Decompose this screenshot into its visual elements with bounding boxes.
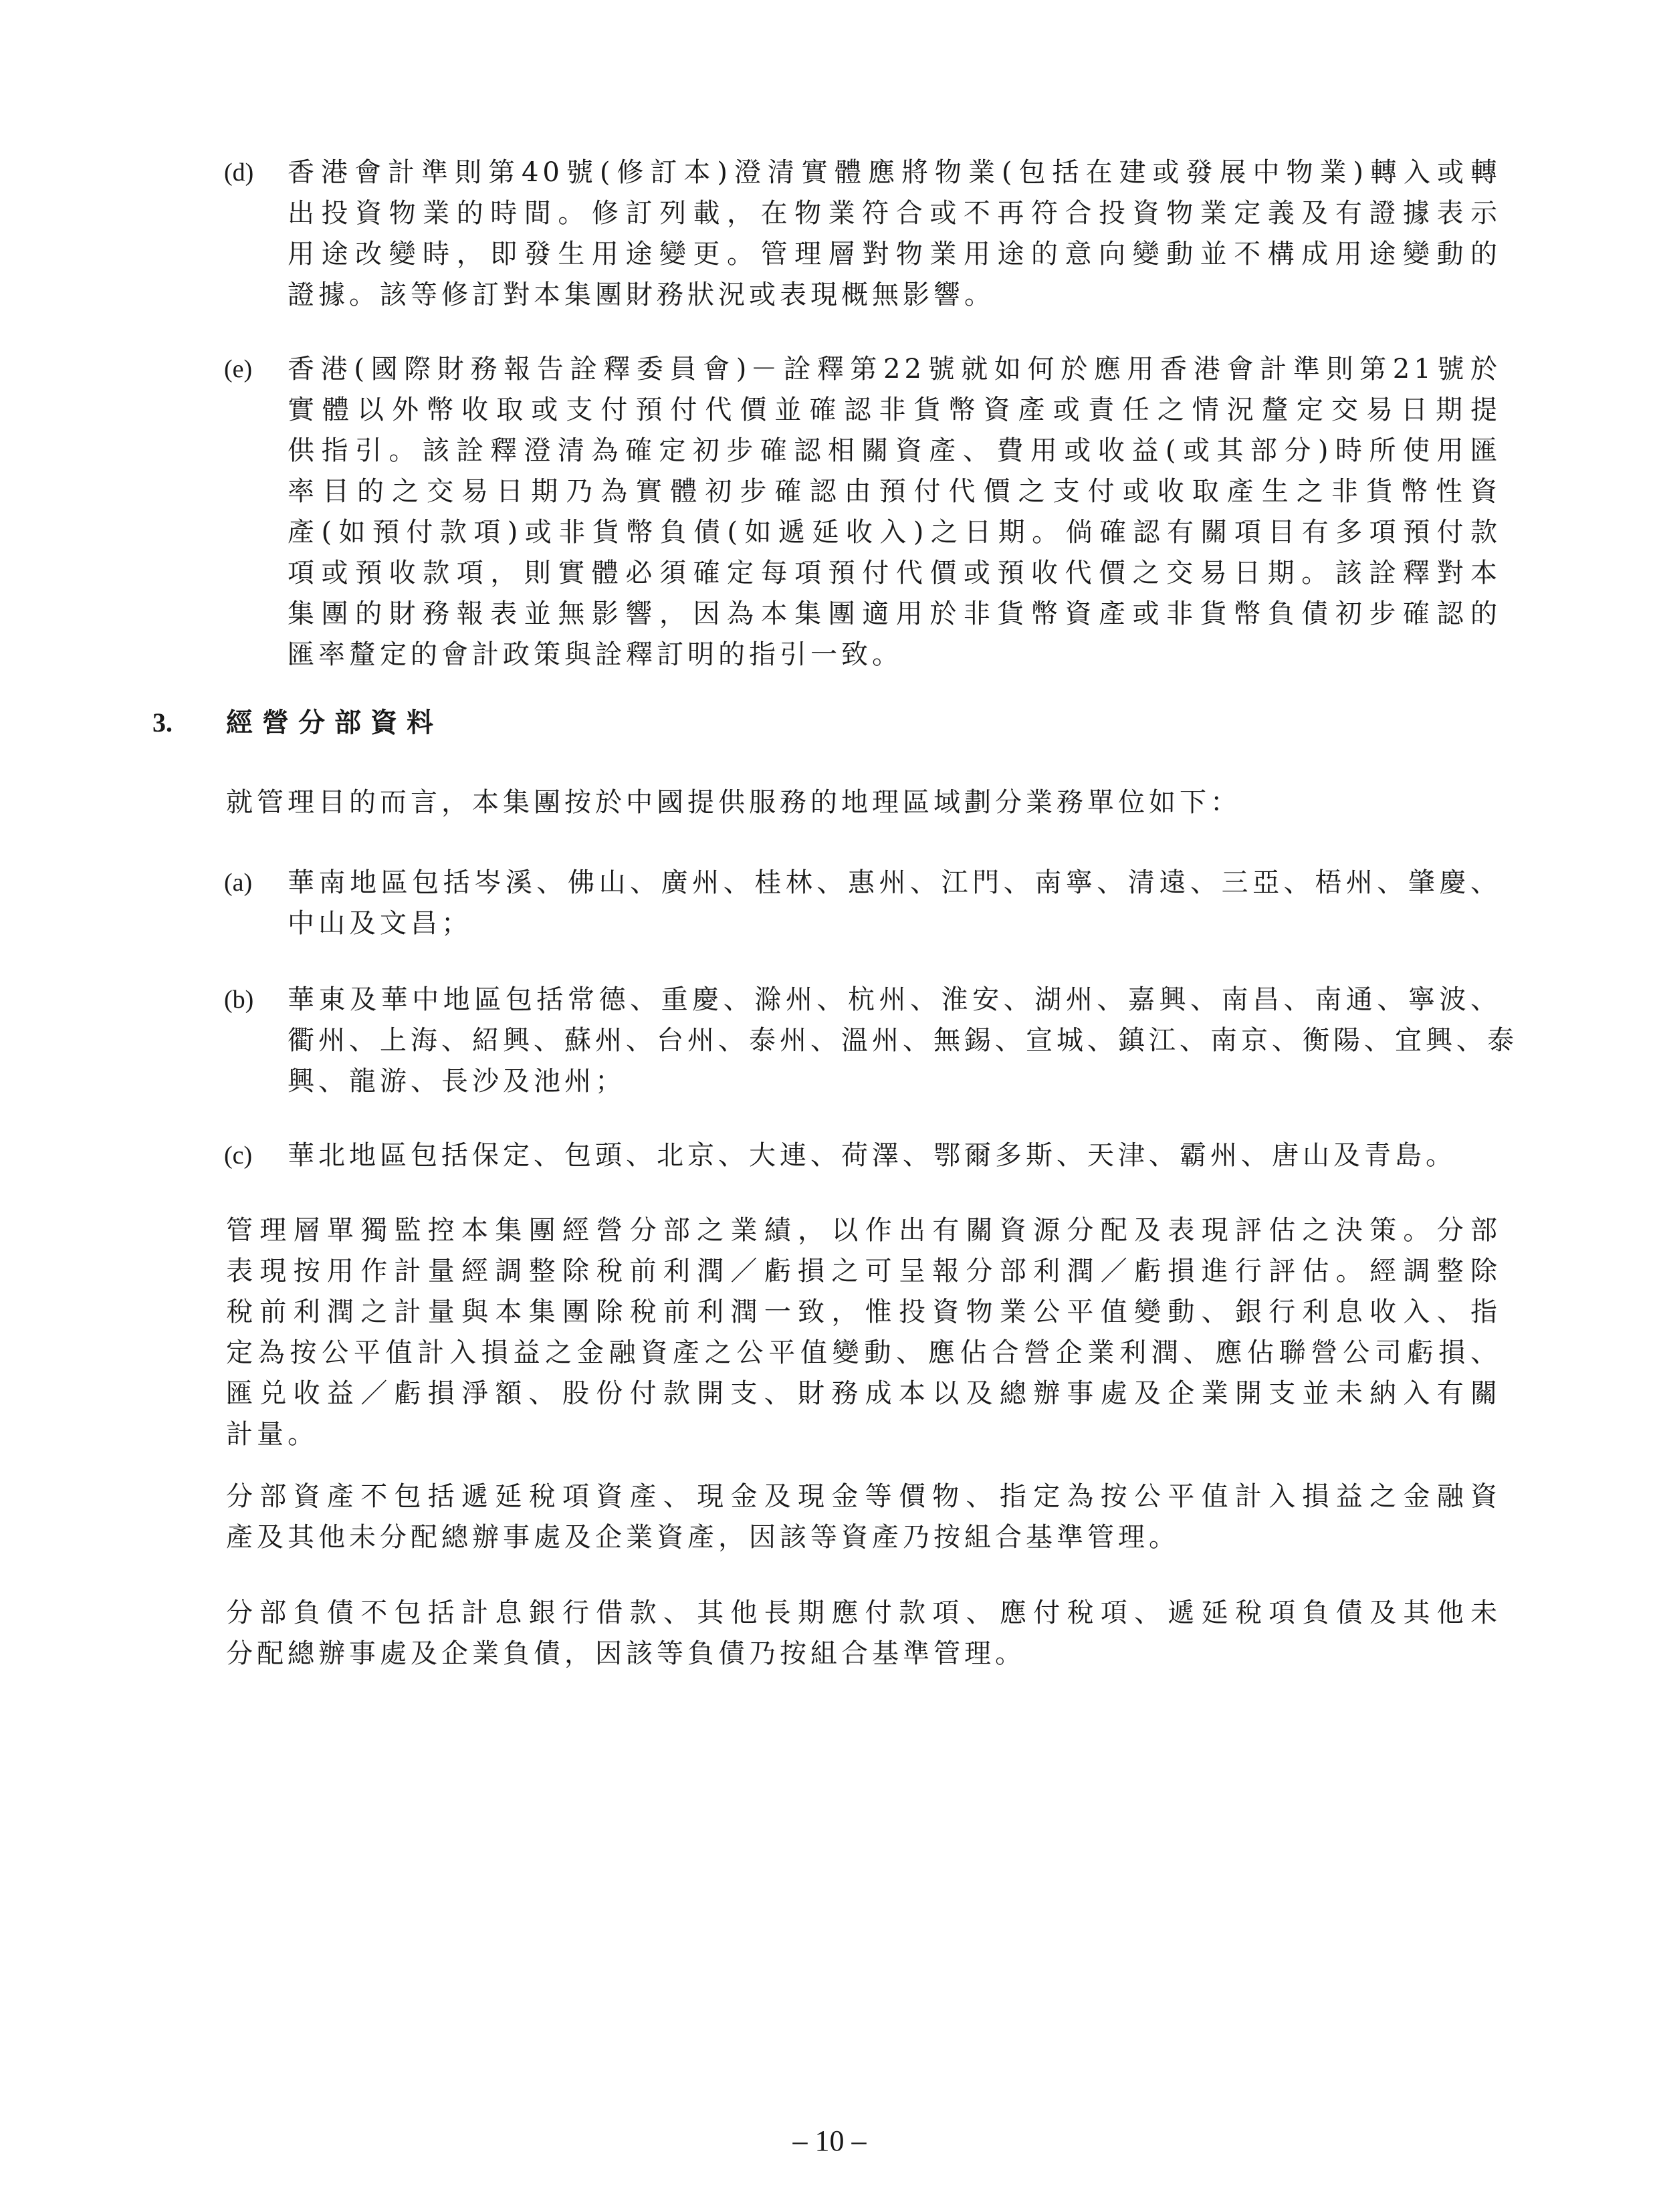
item-body: 華東及華中地區包括常德、重慶、滁州、杭州、淮安、湖州、嘉興、南昌、南通、寧波、 … [288, 980, 1501, 1102]
text-line: 華東及華中地區包括常德、重慶、滁州、杭州、淮安、湖州、嘉興、南昌、南通、寧波、 [288, 980, 1501, 1020]
text-line: 供指引。該詮釋澄清為確定初步確認相關資產、費用或收益(或其部分)時所使用匯 [288, 431, 1501, 471]
text-line: 項或預收款項，則實體必須確定每項預付代價或預收代價之交易日期。該詮釋對本 [288, 553, 1501, 594]
section-title: 經營分部資料 [226, 702, 443, 743]
text-line: 出投資物業的時間。修訂列載，在物業符合或不再符合投資物業定義及有證據表示 [288, 193, 1501, 234]
text-line: 產及其他未分配總辦事處及企業資產，因該等資產乃按組合基準管理。 [226, 1517, 1501, 1558]
text-line: 表現按用作計量經調整除稅前利潤／虧損之可呈報分部利潤／虧損進行評估。經調整除 [226, 1251, 1501, 1292]
text-line: 稅前利潤之計量與本集團除稅前利潤一致，惟投資物業公平值變動、銀行利息收入、指 [226, 1292, 1501, 1333]
text-line: 率目的之交易日期乃為實體初步確認由預付代價之支付或收取產生之非貨幣性資 [288, 471, 1501, 512]
intro-paragraph: 就管理目的而言，本集團按於中國提供服務的地理區域劃分業務單位如下： [226, 782, 1501, 823]
segment-assets-paragraph: 分部資產不包括遞延稅項資產、現金及現金等價物、指定為按公平值計入損益之金融資 產… [226, 1476, 1501, 1558]
text-line: 集團的財務報表並無影響，因為本集團適用於非貨幣資產或非貨幣負債初步確認的 [288, 594, 1501, 635]
text-line: 匯率釐定的會計政策與詮釋訂明的指引一致。 [288, 635, 1501, 675]
item-label: (b) [224, 980, 253, 1020]
text-line: 產(如預付款項)或非貨幣負債(如遞延收入)之日期。倘確認有關項目有多項預付款 [288, 512, 1501, 553]
text-line: 實體以外幣收取或支付預付代價並確認非貨幣資產或責任之情況釐定交易日期提 [288, 390, 1501, 431]
text-line: 華北地區包括保定、包頭、北京、大連、荷澤、鄂爾多斯、天津、霸州、唐山及青島。 [288, 1135, 1501, 1176]
text-line: 興、龍游、長沙及池州； [288, 1061, 1501, 1102]
text-line: 中山及文昌； [288, 903, 1501, 944]
text-line: 分部負債不包括計息銀行借款、其他長期應付款項、應付稅項、遞延稅項負債及其他未 [226, 1593, 1501, 1634]
segment-liabilities-paragraph: 分部負債不包括計息銀行借款、其他長期應付款項、應付稅項、遞延稅項負債及其他未 分… [226, 1593, 1501, 1674]
text-line: 分部資產不包括遞延稅項資產、現金及現金等價物、指定為按公平值計入損益之金融資 [226, 1476, 1501, 1517]
page-number: – 10 – [0, 2121, 1659, 2161]
item-body: 香港(國際財務報告詮釋委員會)－詮釋第22號就如何於應用香港會計準則第21號於 … [288, 349, 1501, 675]
text-line: 香港(國際財務報告詮釋委員會)－詮釋第22號就如何於應用香港會計準則第21號於 [288, 349, 1501, 390]
text-line: 華南地區包括岑溪、佛山、廣州、桂林、惠州、江門、南寧、清遠、三亞、梧州、肇慶、 [288, 863, 1501, 903]
section-heading: 3. 經營分部資料 [152, 702, 821, 749]
item-body: 華南地區包括岑溪、佛山、廣州、桂林、惠州、江門、南寧、清遠、三亞、梧州、肇慶、 … [288, 863, 1501, 944]
item-body: 香港會計準則第40號(修訂本)澄清實體應將物業(包括在建或發展中物業)轉入或轉 … [288, 152, 1501, 316]
item-body: 華北地區包括保定、包頭、北京、大連、荷澤、鄂爾多斯、天津、霸州、唐山及青島。 [288, 1135, 1501, 1176]
text-line: 就管理目的而言，本集團按於中國提供服務的地理區域劃分業務單位如下： [226, 782, 1501, 823]
item-label: (a) [224, 863, 252, 903]
text-line: 定為按公平值計入損益之金融資產之公平值變動、應佔合營企業利潤、應佔聯營公司虧損、 [226, 1333, 1501, 1373]
item-label: (c) [224, 1135, 252, 1176]
segment-performance-paragraph: 管理層單獨監控本集團經營分部之業績，以作出有關資源分配及表現評估之決策。分部 表… [226, 1210, 1501, 1455]
text-line: 香港會計準則第40號(修訂本)澄清實體應將物業(包括在建或發展中物業)轉入或轉 [288, 152, 1501, 193]
text-line: 用途改變時，即發生用途變更。管理層對物業用途的意向變動並不構成用途變動的 [288, 234, 1501, 275]
text-line: 證據。該等修訂對本集團財務狀況或表現概無影響。 [288, 275, 1501, 316]
text-line: 管理層單獨監控本集團經營分部之業績，以作出有關資源分配及表現評估之決策。分部 [226, 1210, 1501, 1251]
item-label: (e) [224, 349, 252, 390]
section-number: 3. [152, 702, 173, 743]
text-line: 匯兑收益／虧損淨額、股份付款開支、財務成本以及總辦事處及企業開支並未納入有關 [226, 1373, 1501, 1414]
text-line: 分配總辦事處及企業負債，因該等負債乃按組合基準管理。 [226, 1634, 1501, 1674]
item-label: (d) [224, 152, 253, 193]
text-line: 計量。 [226, 1414, 1501, 1455]
document-page: (d) 香港會計準則第40號(修訂本)澄清實體應將物業(包括在建或發展中物業)轉… [0, 0, 1659, 2212]
text-line: 衢州、上海、紹興、蘇州、台州、泰州、溫州、無錫、宣城、鎮江、南京、衡陽、宜興、泰 [288, 1020, 1501, 1061]
